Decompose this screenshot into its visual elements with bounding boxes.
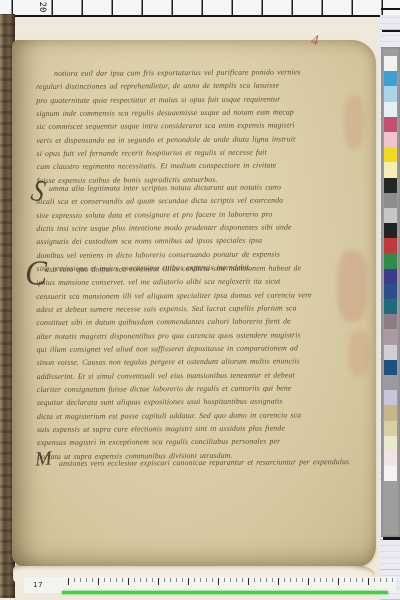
color-patch-white	[384, 56, 397, 71]
color-patch-pale-cyan	[384, 102, 397, 117]
paragraph-1: notiora euil dar ipsa cum fris exportatu…	[36, 65, 349, 187]
paragraph-3: asu vero quo domus sca contineat illius …	[36, 261, 349, 463]
top-ruler-number: 20	[35, 1, 49, 13]
color-patch-tan	[384, 405, 397, 420]
grid-line-segment	[383, 537, 400, 540]
color-patch-indigo	[384, 269, 397, 284]
color-patch-red	[384, 238, 397, 253]
color-patch-light-pink	[384, 132, 397, 147]
color-patch-pale-pink	[384, 451, 397, 466]
color-patch-yellow	[384, 147, 397, 162]
color-patch-cool-gray	[384, 375, 397, 390]
color-patch-navy	[384, 360, 397, 375]
color-patch-light-gray	[384, 208, 397, 223]
color-patch-mauve	[384, 314, 397, 329]
top-ruler: 20	[0, 0, 400, 17]
text-line: ansiones vero ecclesiae expiscari canoni…	[36, 455, 348, 470]
grid-line-segment	[382, 30, 400, 32]
color-patch-lavender	[384, 390, 397, 405]
color-patch-teal	[384, 299, 397, 314]
color-patch-pale-yellow	[384, 162, 397, 177]
color-patch-silver	[384, 345, 397, 360]
color-patch-near-white	[384, 466, 397, 481]
color-patch-cream	[384, 436, 397, 451]
color-calibration-bar	[381, 47, 400, 537]
paragraph-4: ansiones vero ecclesiae expiscari canoni…	[36, 455, 348, 470]
folio-number: 4	[310, 33, 319, 51]
grid-line-segment	[381, 8, 400, 10]
color-patch-green	[384, 253, 397, 268]
ink-offset-smudge	[349, 330, 369, 376]
bottom-ruler-number: 17	[33, 581, 43, 589]
color-patch-black	[384, 178, 397, 193]
text-line: asu vero quo domus sca contineat illius …	[36, 261, 348, 276]
text-line: censuerit sca mansionem illi vel aliquam…	[36, 288, 348, 303]
color-patch-light-blue	[384, 86, 397, 101]
color-patch-gray-mauve	[384, 329, 397, 344]
color-patch-black	[384, 223, 397, 238]
color-patch-gray	[384, 193, 397, 208]
color-patch-stack	[384, 56, 397, 481]
color-patch-dark-blue	[384, 284, 397, 299]
color-patch-dark-pink	[384, 117, 397, 132]
color-patch-khaki	[384, 421, 397, 436]
color-patch-blue	[384, 71, 397, 86]
measure-green-line	[62, 591, 388, 594]
